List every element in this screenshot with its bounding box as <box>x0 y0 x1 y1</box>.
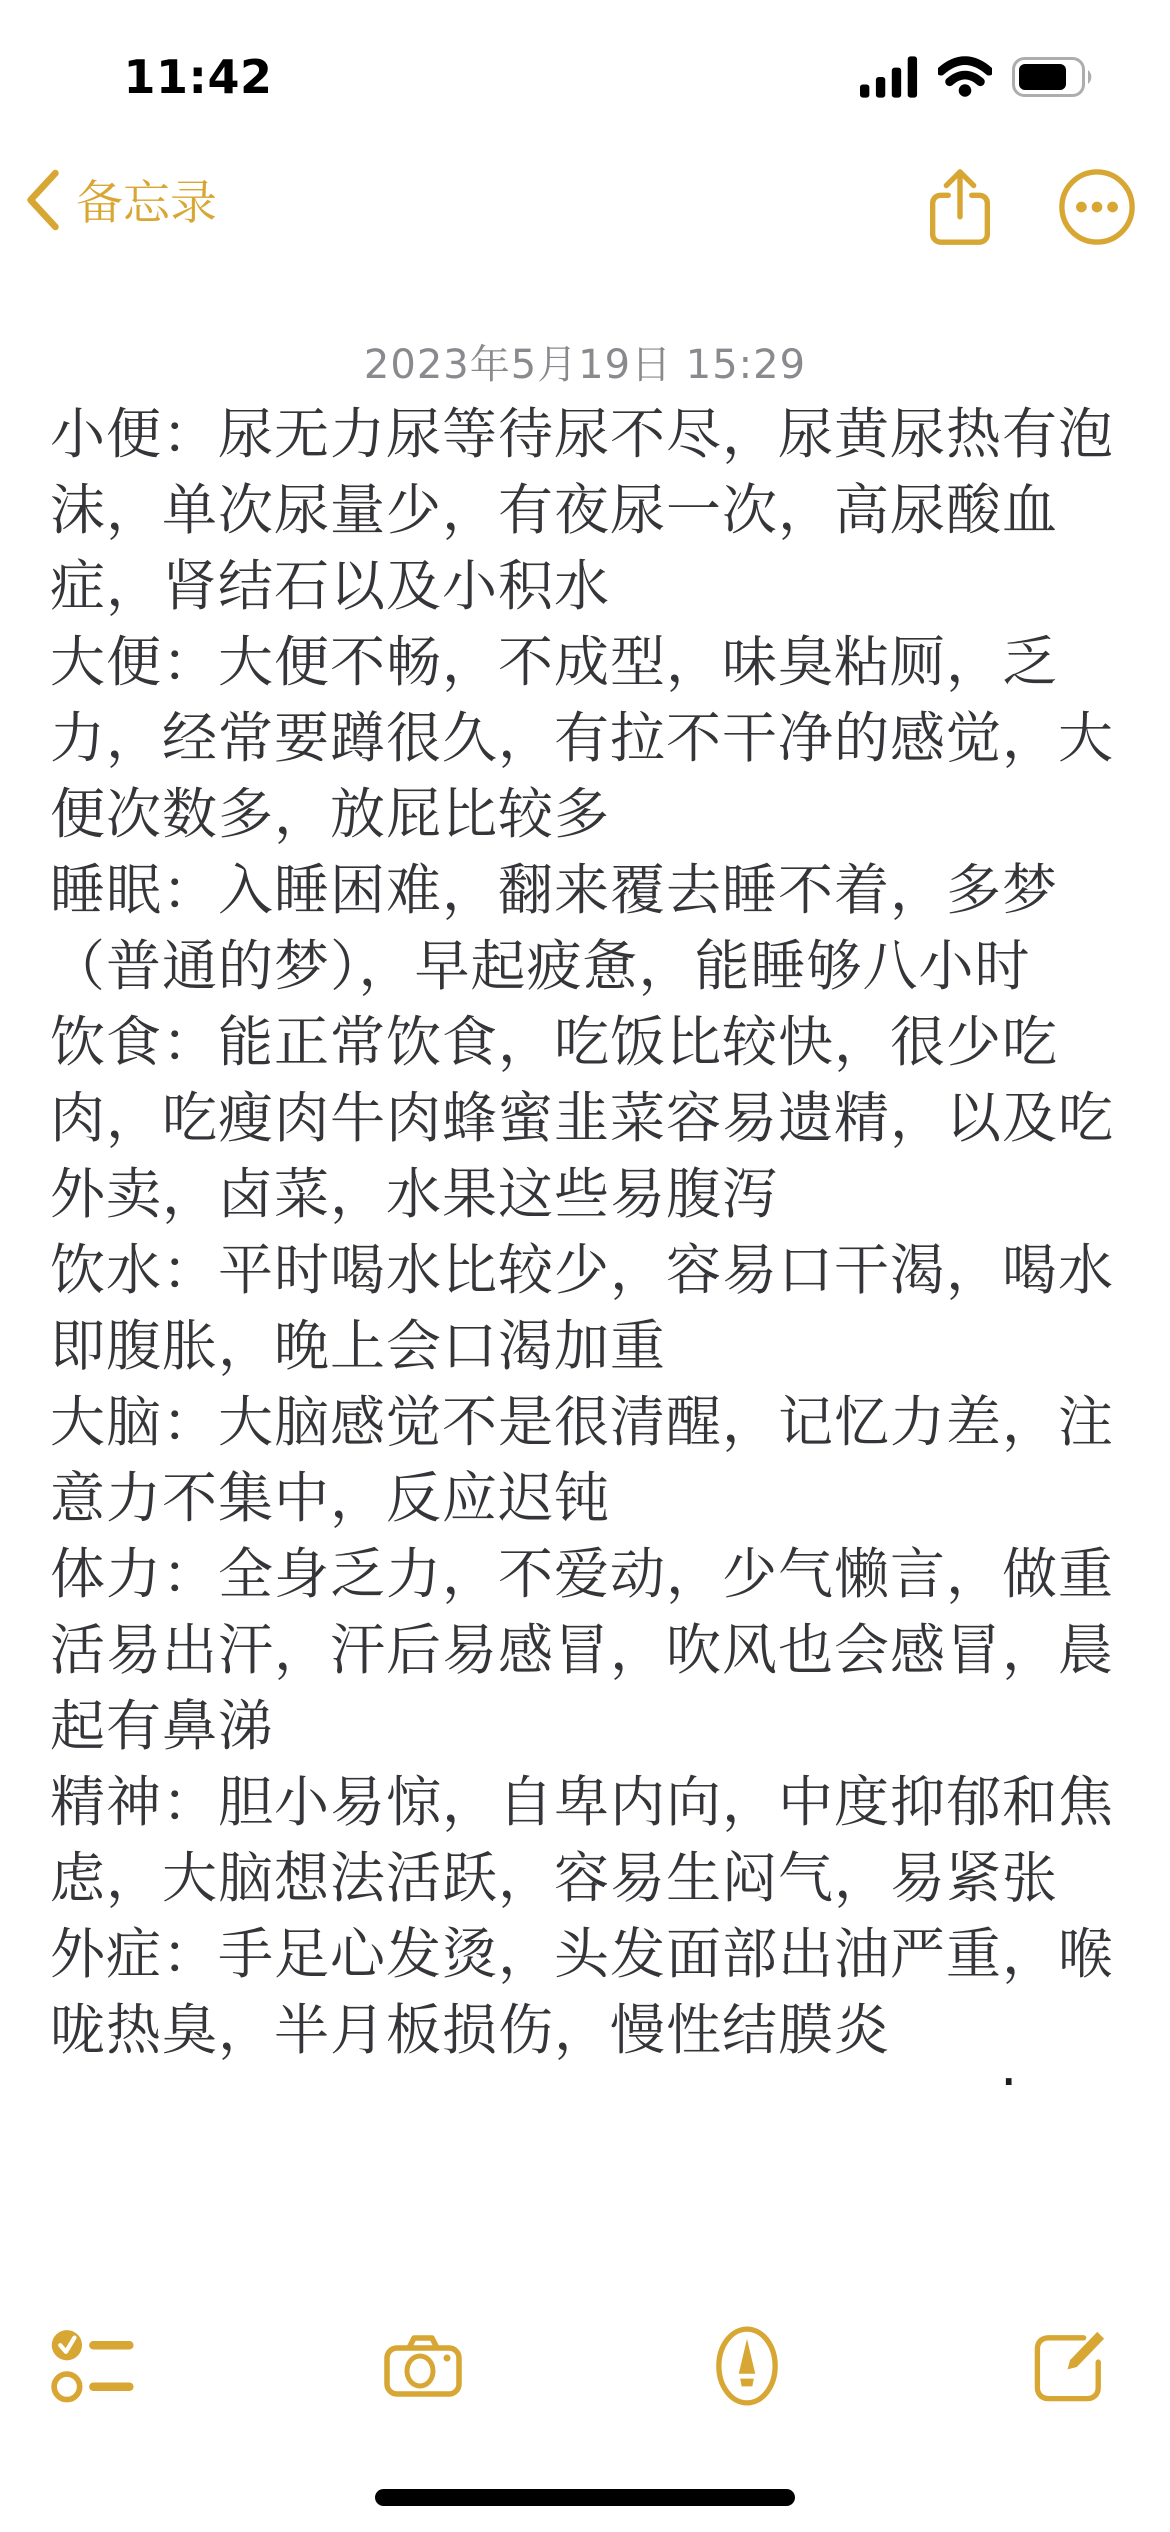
battery-icon <box>1012 57 1096 97</box>
compose-icon <box>1033 2329 1107 2403</box>
note-date: 2023年5月19日 15:29 <box>0 333 1170 390</box>
compose-button[interactable] <box>1022 2318 1118 2414</box>
wifi-icon <box>938 56 992 98</box>
camera-icon <box>384 2334 462 2398</box>
note-body-text[interactable]: 小便：尿无力尿等待尿不尽，尿黄尿热有泡 沫，单次尿量少，有夜尿一次，高尿酸血 症… <box>50 396 1128 2068</box>
status-icons <box>860 54 1096 100</box>
camera-button[interactable] <box>375 2318 471 2414</box>
checklist-icon <box>48 2326 152 2406</box>
chevron-left-icon <box>24 169 62 231</box>
nav-bar: 备忘录 <box>0 160 1170 260</box>
markup-button[interactable] <box>699 2318 795 2414</box>
share-icon[interactable] <box>928 166 992 248</box>
status-bar: 11:42 <box>0 0 1170 130</box>
markup-icon <box>714 2325 780 2407</box>
back-button-label: 备忘录 <box>76 166 217 233</box>
more-ellipsis-icon[interactable] <box>1058 168 1136 246</box>
home-indicator[interactable] <box>375 2489 795 2506</box>
cellular-signal-icon <box>860 56 918 98</box>
status-time: 11:42 <box>108 50 288 104</box>
checklist-button[interactable] <box>52 2318 148 2414</box>
bottom-toolbar <box>0 2318 1170 2414</box>
trailing-period-mark: . <box>1000 2028 1017 2104</box>
notes-app-screen: 11:42 <box>0 0 1170 2532</box>
back-button[interactable]: 备忘录 <box>24 166 217 233</box>
nav-actions <box>928 166 1136 248</box>
